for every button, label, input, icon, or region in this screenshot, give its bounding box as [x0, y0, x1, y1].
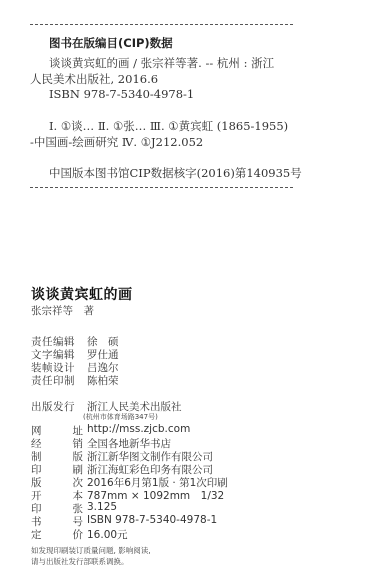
book-title: 谈谈黄宾虹的画: [31, 284, 133, 304]
credit-row-print-supervisor: 责任印制 陈柏荣: [31, 373, 119, 388]
publisher-address: (杭州市体育场路347号): [83, 412, 158, 422]
cip-isbn: ISBN 978-7-5340-4978-1: [49, 87, 194, 101]
cip-publisher-line: 人民美术出版社, 2016.6: [30, 71, 158, 87]
cip-classification-1: Ⅰ. ①谈… Ⅱ. ①张… Ⅲ. ①黄宾虹 (1865-1955): [49, 118, 288, 134]
cip-classification-2: -中国画-绘画研究 Ⅳ. ①J212.052: [30, 134, 203, 150]
info-label-b: 价: [73, 527, 84, 542]
publisher-label: 出版发行: [31, 399, 83, 414]
cip-title-line: 谈谈黄宾虹的画 / 张宗祥等著. -- 杭州 : 浙江: [49, 55, 274, 71]
info-row-price: 定价 16.00元: [31, 527, 128, 542]
info-label-a: 定: [31, 527, 42, 542]
credit-label: 责任印制: [31, 373, 83, 388]
top-dashed-divider: [30, 24, 293, 25]
info-value: 16.00元: [87, 527, 128, 542]
bottom-dashed-divider: [30, 187, 293, 188]
credit-value: 陈柏荣: [87, 373, 119, 388]
book-author: 张宗祥等 著: [31, 303, 94, 318]
cip-header: 图书在版编目(CIP)数据: [49, 35, 173, 51]
quality-notice-line-1: 如发现印刷装订质量问题, 影响阅读,: [31, 545, 151, 556]
quality-notice-line-2: 请与出版社发行部联系调换。: [31, 556, 129, 567]
cip-number: 中国版本图书馆CIP数据核字(2016)第140935号: [49, 165, 302, 181]
